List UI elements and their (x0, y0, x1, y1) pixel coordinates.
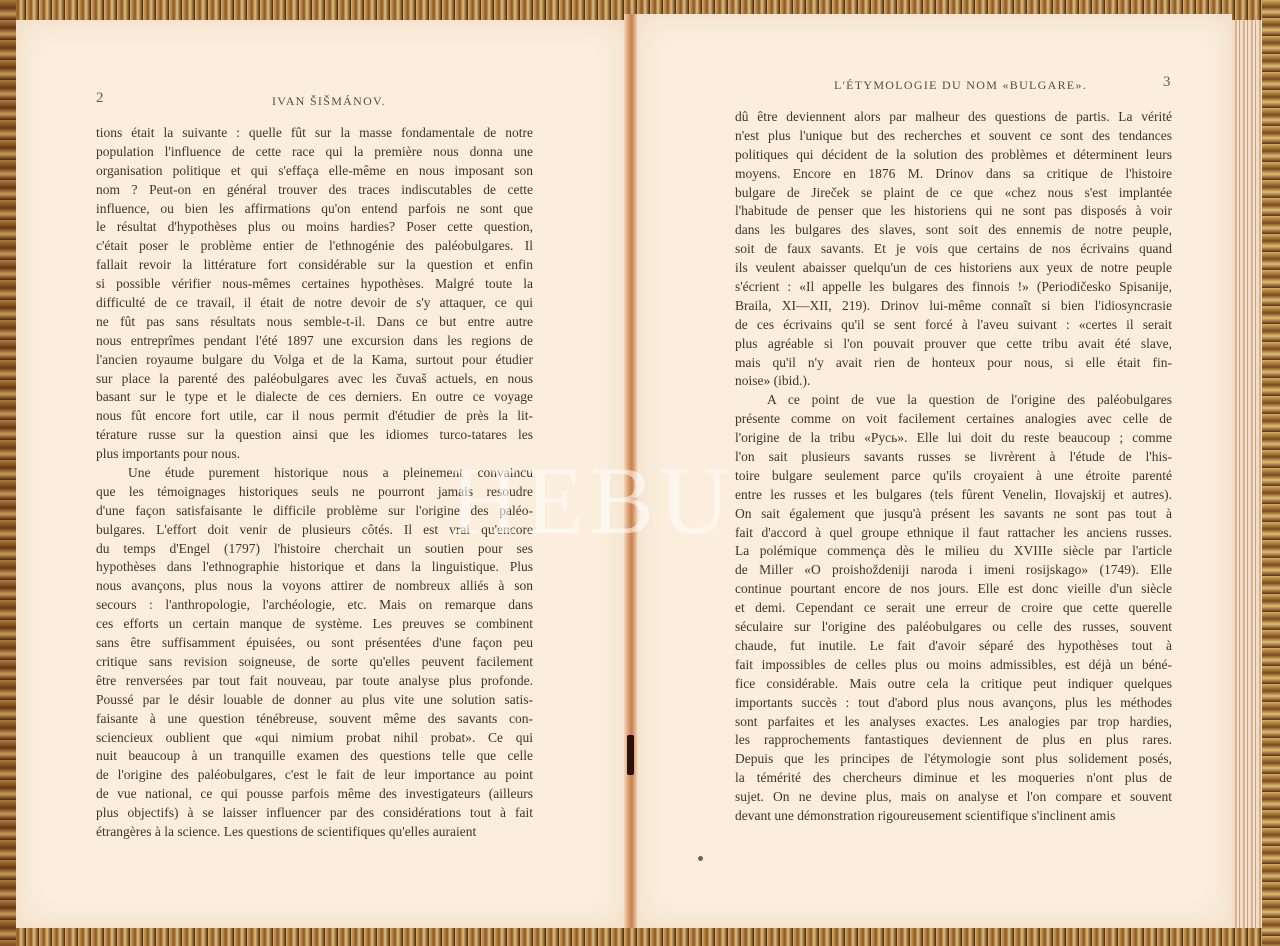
text-line: nous avançons, plus nous la voyons attir… (96, 577, 533, 596)
text-line: importants succès : tout d'abord plus no… (735, 694, 1172, 713)
gilt-border-bottom (0, 928, 1280, 946)
text-line: sans être suffisamment épuisées, ou sont… (96, 634, 533, 653)
text-line: continue pourtant encore de nos jours. E… (735, 580, 1172, 599)
text-line: nuit beaucoup à un tranquille examen des… (96, 747, 533, 766)
text-line: fice considérable. Mais outre cela la cr… (735, 675, 1172, 694)
text-line: Une étude purement historique nous a ple… (96, 464, 533, 483)
left-page-number: 2 (96, 90, 104, 107)
text-line: séculaire sur l'origine des paléobulgare… (735, 618, 1172, 637)
text-line: moyens. Encore en 1876 M. Drinov dans sa… (735, 165, 1172, 184)
paper-speck (698, 856, 703, 861)
text-line: sciencieux oublient que «qui nimium prob… (96, 729, 533, 748)
text-line: ces efforts un certain manque de système… (96, 615, 533, 634)
text-line: ne fût pas sans résultats nous semble-t-… (96, 313, 533, 332)
text-line: mais qu'il n'y avait rien de honteux pou… (735, 354, 1172, 373)
text-line: plus objectifs) à se laisser influencer … (96, 804, 533, 823)
text-line: être renversées par tout fait nouveau, p… (96, 672, 533, 691)
text-line: tions était la suivante : quelle fût sur… (96, 124, 533, 143)
text-line: hypothèses dans l'ethnographie historiqu… (96, 558, 533, 577)
text-line: l'on sait plusieurs savants russes se li… (735, 448, 1172, 467)
text-line: basant sur le type et le dialecte de ces… (96, 388, 533, 407)
text-line: influence, ou bien les affirmations qu'o… (96, 200, 533, 219)
text-line: nom ? Peut-on en général trouver des tra… (96, 181, 533, 200)
book-gutter (624, 14, 638, 928)
text-line: bulgares. L'effort doit venir de plusieu… (96, 521, 533, 540)
text-line: entre les russes et les bulgares (tels f… (735, 486, 1172, 505)
text-line: et demi. Cependant ce serait une erreur … (735, 599, 1172, 618)
text-line: le résultat d'hypothèses plus ou moins h… (96, 218, 533, 237)
text-line: dû être deviennent alors par malheur des… (735, 108, 1172, 127)
text-line: l'origine de la tribu «Русь». Elle lui d… (735, 429, 1172, 448)
text-line: térature russe sur la question ainsi que… (96, 426, 533, 445)
text-line: population l'influence de cette race qui… (96, 143, 533, 162)
text-line: Depuis que les principes de l'étymologie… (735, 750, 1172, 769)
text-line: difficulté de ce travail, il était de no… (96, 294, 533, 313)
paragraph: A ce point de vue la question de l'origi… (735, 391, 1172, 825)
text-line: si possible vérifier nous-mêmes certaine… (96, 275, 533, 294)
right-running-head: L'ÉTYMOLOGIE DU NOM «BULGARE». (834, 78, 1087, 93)
text-line: soit de faux savants. Et je vois que cer… (735, 240, 1172, 259)
text-line: nous fût encore fort utile, car il nous … (96, 407, 533, 426)
text-line: étrangères à la science. Les questions d… (96, 823, 533, 842)
left-running-head: IVAN ŠIŠMÁNOV. (272, 94, 386, 109)
text-line: de ces écrivains qu'il se sent forcé à l… (735, 316, 1172, 335)
text-line: la témérité des chercheurs diminue et le… (735, 769, 1172, 788)
text-line: devant une démonstration rigoureusement … (735, 807, 1172, 826)
text-line: secours : l'anthropologie, l'archéologie… (96, 596, 533, 615)
right-page-number: 3 (1163, 74, 1171, 91)
text-line: dans les bulgares des slaves, sont soit … (735, 221, 1172, 240)
text-line: de vue national, ce qui pousse parfois m… (96, 785, 533, 804)
text-line: Braila, XI—XII, 219). Drinov lui-même co… (735, 297, 1172, 316)
text-line: On sait également que jusqu'à présent le… (735, 505, 1172, 524)
text-line: noise» (ibid.). (735, 372, 1172, 391)
text-line: fallait revoir la littérature fort consi… (96, 256, 533, 275)
paragraph: tions était la suivante : quelle fût sur… (96, 124, 533, 464)
text-line: La polémique commença dès le milieu du X… (735, 542, 1172, 561)
text-line: nous entreprîmes pendant l'été 1897 une … (96, 332, 533, 351)
text-line: plus agréable si l'on pouvait prouver qu… (735, 335, 1172, 354)
paragraph: dû être deviennent alors par malheur des… (735, 108, 1172, 391)
text-line: politiques qui décident de la solution d… (735, 146, 1172, 165)
text-line: n'est plus l'unique but des recherches e… (735, 127, 1172, 146)
text-line: chaude, fut inutile. Le fait d'avoir sép… (735, 637, 1172, 656)
text-line: faisante à une question ténébreuse, souv… (96, 710, 533, 729)
text-line: plus importants pour nous. (96, 445, 533, 464)
left-page-body: tions était la suivante : quelle fût sur… (96, 124, 533, 842)
gilt-border-left (0, 0, 16, 946)
text-line: c'était poser le problème entier de l'et… (96, 237, 533, 256)
paragraph: Une étude purement historique nous a ple… (96, 464, 533, 842)
text-line: sont parfaites et les analyses exactes. … (735, 713, 1172, 732)
text-line: de Miller «O proishoždeniji naroda i ime… (735, 561, 1172, 580)
text-line: critique sans revision soigneuse, de sor… (96, 653, 533, 672)
text-line: sur place la parenté des paléobulgares a… (96, 370, 533, 389)
text-line: Poussé par le désir louable de donner au… (96, 691, 533, 710)
text-line: toire bulgare seulement parce qu'ils cro… (735, 467, 1172, 486)
text-line: bulgare de Jireček se plaint de ce que «… (735, 184, 1172, 203)
text-line: du temps d'Engel (1797) l'histoire cherc… (96, 540, 533, 559)
gilt-border-right (1262, 0, 1280, 946)
text-line: l'ancien royaume bulgare du Volga et de … (96, 351, 533, 370)
page-edges (1232, 20, 1262, 928)
text-line: sujet. On ne devine plus, mais on analys… (735, 788, 1172, 807)
text-line: présente comme on voit facilement certai… (735, 410, 1172, 429)
text-line: les rapprochements fantastiques devienne… (735, 731, 1172, 750)
text-line: s'écrient : «Il appelle les bulgares des… (735, 278, 1172, 297)
text-line: l'habitude de penser que les historiens … (735, 202, 1172, 221)
text-line: d'une façon satisfaisante le difficile p… (96, 502, 533, 521)
text-line: que les témoignages historiques seuls ne… (96, 483, 533, 502)
text-line: A ce point de vue la question de l'origi… (735, 391, 1172, 410)
text-line: ils veulent abaisser quelqu'un de ces hi… (735, 259, 1172, 278)
right-page-body: dû être deviennent alors par malheur des… (735, 108, 1172, 826)
text-line: de l'origine des paléobulgares, c'est le… (96, 766, 533, 785)
binding-thread (627, 735, 634, 775)
text-line: organisation politique et qui s'effaça e… (96, 162, 533, 181)
text-line: fait impossibles de celles plus ou moins… (735, 656, 1172, 675)
text-line: fait d'accord à quel groupe ethnique il … (735, 524, 1172, 543)
